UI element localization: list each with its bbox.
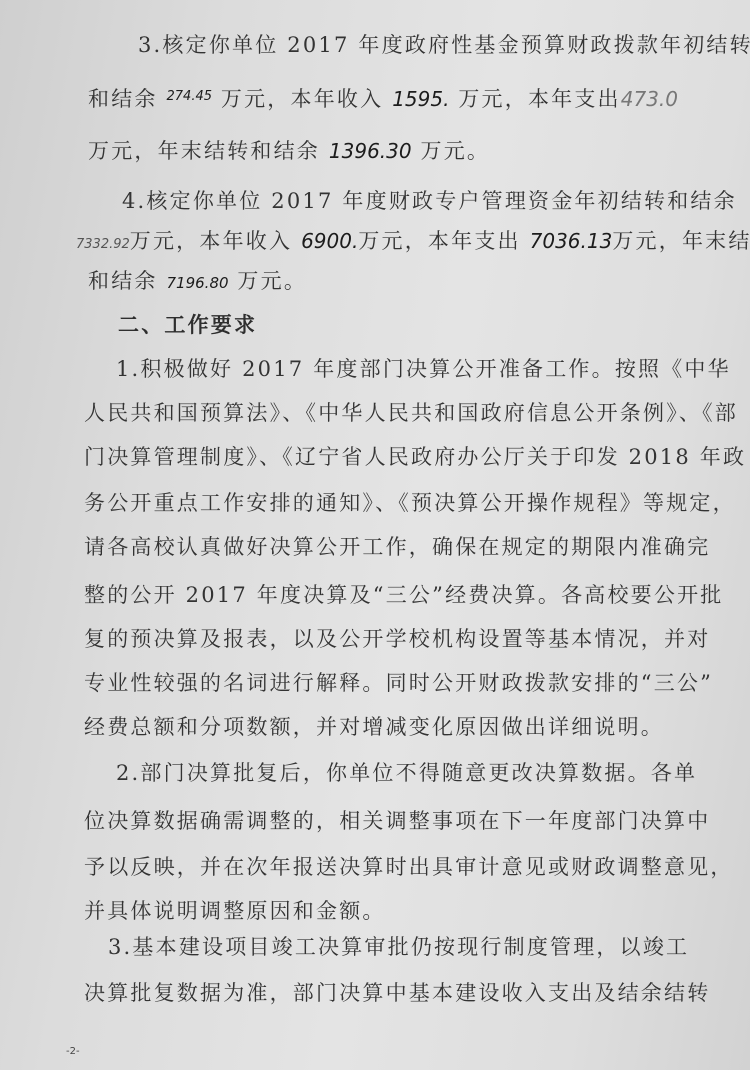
- handwritten-closing-balance: 1396.30: [329, 139, 412, 163]
- section-heading-text: 二、工作要求: [118, 313, 257, 337]
- req-1-line-7: 复的预决算及报表，以及公开学校机构设置等基本情况，并对: [84, 624, 750, 654]
- text: 并具体说明调整原因和金额。: [84, 899, 386, 923]
- handwritten-income: 1595.: [392, 87, 449, 111]
- handwritten-opening-balance: 274.45: [167, 89, 213, 104]
- text: 复的预决算及报表，以及公开学校机构设置等基本情况，并对: [84, 627, 710, 651]
- text: 3.基本建设项目竣工决算审批仍按现行制度管理，以竣工: [108, 935, 689, 959]
- text: 专业性较强的名词进行解释。同时公开财政拨款安排的“三公”: [84, 671, 713, 695]
- page-number: -2-: [66, 1046, 80, 1057]
- text: 3.核定你单位 2017 年度政府性基金预算财政拨款年初结转: [138, 33, 750, 57]
- text: 位决算数据确需调整的，相关调整事项在下一年度部门决算中: [84, 809, 710, 833]
- text: 万元，本年支出: [458, 87, 620, 111]
- req-1-line-1: 1.积极做好 2017 年度部门决算公开准备工作。按照《中华: [116, 354, 750, 384]
- text: 万元，年末结转: [612, 229, 750, 253]
- text: 2.部门决算批复后，你单位不得随意更改决算数据。各单: [116, 761, 697, 785]
- req-1-line-4: 务公开重点工作安排的通知》、《预决算公开操作规程》等规定，: [84, 488, 750, 518]
- req-2-line-1: 2.部门决算批复后，你单位不得随意更改决算数据。各单: [116, 758, 750, 788]
- item-4-line-3: 和结余 7196.80 万元。: [88, 266, 750, 298]
- text: 和结余: [88, 87, 158, 111]
- req-3-line-1: 3.基本建设项目竣工决算审批仍按现行制度管理，以竣工: [108, 932, 750, 962]
- req-1-line-9: 经费总额和分项数额，并对增减变化原因做出详细说明。: [84, 712, 750, 742]
- text: 1.积极做好 2017 年度部门决算公开准备工作。按照《中华: [116, 357, 731, 381]
- text: 决算批复数据为准，部门决算中基本建设收入支出及结余结转: [84, 981, 710, 1005]
- text: 万元，本年支出: [358, 229, 520, 253]
- text: 请各高校认真做好决算公开工作，确保在规定的期限内准确完: [84, 535, 710, 559]
- text: 万元，本年收入: [130, 229, 292, 253]
- text: 予以反映，并在次年报送决算时出具审计意见或财政调整意见，: [84, 855, 734, 879]
- text: 和结余: [88, 269, 158, 293]
- handwritten-closing-balance: 7196.80: [167, 274, 229, 292]
- text: 门决算管理制度》、《辽宁省人民政府办公厅关于印发 2018 年政: [84, 445, 746, 469]
- text: 万元，年末结转和结余: [88, 139, 320, 163]
- item-4-line-1: 4.核定你单位 2017 年度财政专户管理资金年初结转和结余: [122, 186, 750, 216]
- req-1-line-2: 人民共和国预算法》、《中华人民共和国政府信息公开条例》、《部: [84, 398, 750, 428]
- section-heading: 二、工作要求: [118, 310, 750, 340]
- item-3-line-2: 和结余 274.45 万元，本年收入 1595. 万元，本年支出473.0: [88, 82, 750, 114]
- text: 务公开重点工作安排的通知》、《预决算公开操作规程》等规定，: [84, 491, 736, 515]
- text: 万元。: [237, 269, 307, 293]
- text: 人民共和国预算法》、《中华人民共和国政府信息公开条例》、《部: [84, 401, 738, 425]
- req-1-line-5: 请各高校认真做好决算公开工作，确保在规定的期限内准确完: [84, 532, 750, 562]
- handwritten-expenditure: 473.0: [621, 87, 678, 111]
- text: 4.核定你单位 2017 年度财政专户管理资金年初结转和结余: [122, 189, 737, 213]
- req-2-line-2: 位决算数据确需调整的，相关调整事项在下一年度部门决算中: [84, 806, 750, 836]
- handwritten-income: 6900.: [301, 229, 358, 253]
- text: 万元，本年收入: [221, 87, 383, 111]
- item-3-line-1: 3.核定你单位 2017 年度政府性基金预算财政拨款年初结转: [138, 30, 750, 60]
- req-3-line-2: 决算批复数据为准，部门决算中基本建设收入支出及结余结转: [84, 978, 750, 1008]
- handwritten-opening-balance: 7332.92: [76, 237, 130, 252]
- text: 整的公开 2017 年度决算及“三公”经费决算。各高校要公开批: [84, 583, 723, 607]
- text: 万元。: [421, 139, 491, 163]
- handwritten-expenditure: 7036.13: [530, 229, 613, 253]
- req-2-line-4: 并具体说明调整原因和金额。: [84, 896, 750, 926]
- item-4-line-2: 7332.92万元，本年收入 6900.万元，本年支出 7036.13万元，年末…: [76, 226, 750, 260]
- text: 经费总额和分项数额，并对增减变化原因做出详细说明。: [84, 715, 664, 739]
- req-1-line-8: 专业性较强的名词进行解释。同时公开财政拨款安排的“三公”: [84, 668, 750, 698]
- item-3-line-3: 万元，年末结转和结余 1396.30 万元。: [88, 136, 750, 166]
- document-page: 3.核定你单位 2017 年度政府性基金预算财政拨款年初结转 和结余 274.4…: [0, 0, 750, 1070]
- req-1-line-3: 门决算管理制度》、《辽宁省人民政府办公厅关于印发 2018 年政: [84, 442, 750, 472]
- req-2-line-3: 予以反映，并在次年报送决算时出具审计意见或财政调整意见，: [84, 852, 750, 882]
- req-1-line-6: 整的公开 2017 年度决算及“三公”经费决算。各高校要公开批: [84, 580, 750, 610]
